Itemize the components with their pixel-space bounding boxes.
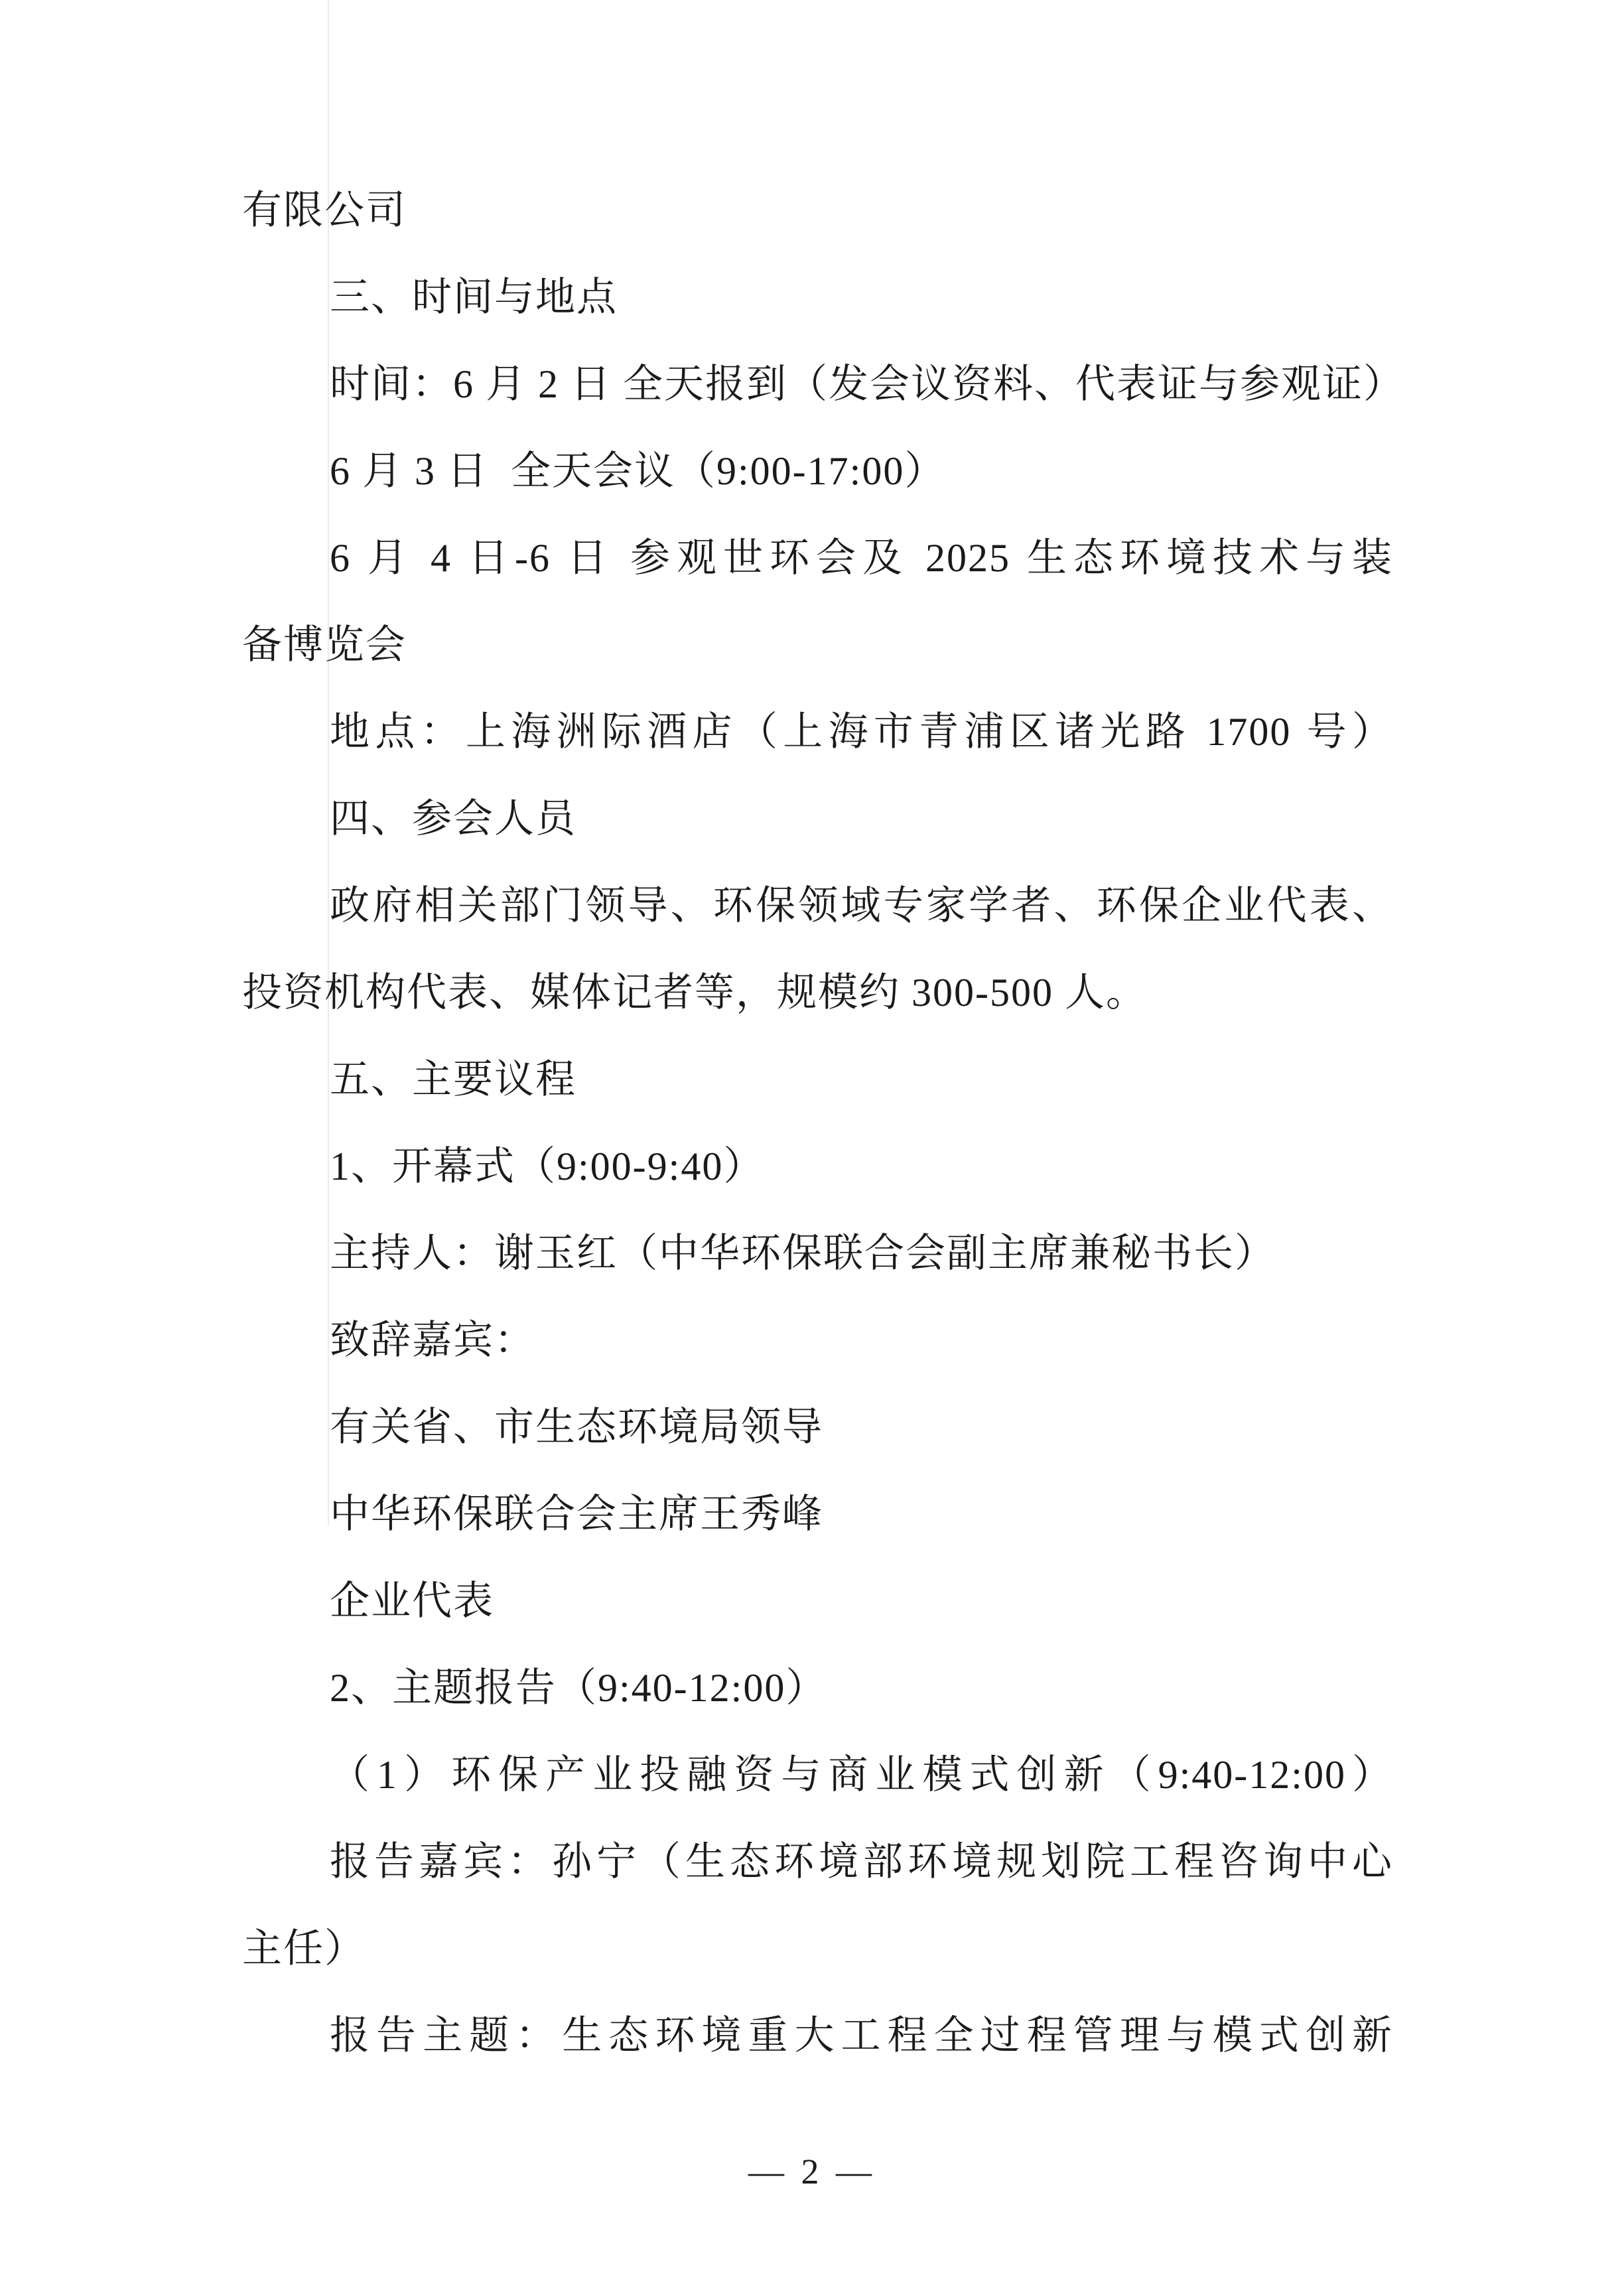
doc-line-guest-enterprise: 企业代表 bbox=[242, 1558, 1393, 1645]
doc-line-opening-ceremony: 1、开幕式（9:00-9:40） bbox=[242, 1123, 1393, 1210]
document-text-block: 有限公司 三、时间与地点 时间：6 月 2 日 全天报到（发会议资料、代表证与参… bbox=[242, 167, 1393, 2079]
doc-line-topic-1: （1）环保产业投融资与商业模式创新（9:40-12:00） bbox=[242, 1732, 1393, 1819]
heading-section-3: 三、时间与地点 bbox=[242, 254, 1393, 341]
heading-section-5: 五、主要议程 bbox=[242, 1036, 1393, 1123]
doc-line-guest-officials: 有关省、市生态环境局领导 bbox=[242, 1384, 1393, 1471]
doc-line-guest-chairman: 中华环保联合会主席王秀峰 bbox=[242, 1471, 1393, 1558]
page-number-footer: — 2 — bbox=[0, 2148, 1624, 2195]
doc-line-report-guest: 报告嘉宾：孙宁（生态环境部环境规划院工程咨询中心 bbox=[242, 1819, 1393, 1906]
doc-line-report-guest-cont: 主任） bbox=[242, 1906, 1393, 1992]
doc-line-june-4-6: 6 月 4 日-6 日 参观世环会及 2025 生态环境技术与装 bbox=[242, 515, 1393, 602]
doc-line-venue: 地点：上海洲际酒店（上海市青浦区诸光路 1700 号） bbox=[242, 689, 1393, 776]
doc-line-keynote-report: 2、主题报告（9:40-12:00） bbox=[242, 1645, 1393, 1732]
doc-line-speech-guests: 致辞嘉宾： bbox=[242, 1297, 1393, 1384]
doc-line-host: 主持人：谢玉红（中华环保联合会副主席兼秘书长） bbox=[242, 1210, 1393, 1297]
doc-line-attendees-cont: 投资机构代表、媒体记者等，规模约 300-500 人。 bbox=[242, 949, 1393, 1036]
heading-section-4: 四、参会人员 bbox=[242, 776, 1393, 863]
doc-line-report-subject: 报告主题：生态环境重大工程全过程管理与模式创新 bbox=[242, 1992, 1393, 2079]
doc-line-continuation: 有限公司 bbox=[242, 167, 1393, 254]
doc-line-june-3: 6 月 3 日 全天会议（9:00-17:00） bbox=[242, 428, 1393, 515]
doc-line-attendees: 政府相关部门领导、环保领域专家学者、环保企业代表、 bbox=[242, 863, 1393, 949]
doc-line-expo-continuation: 备博览会 bbox=[242, 602, 1393, 689]
doc-line-time: 时间：6 月 2 日 全天报到（发会议资料、代表证与参观证） bbox=[242, 341, 1393, 428]
document-page: 有限公司 三、时间与地点 时间：6 月 2 日 全天报到（发会议资料、代表证与参… bbox=[0, 0, 1624, 2293]
